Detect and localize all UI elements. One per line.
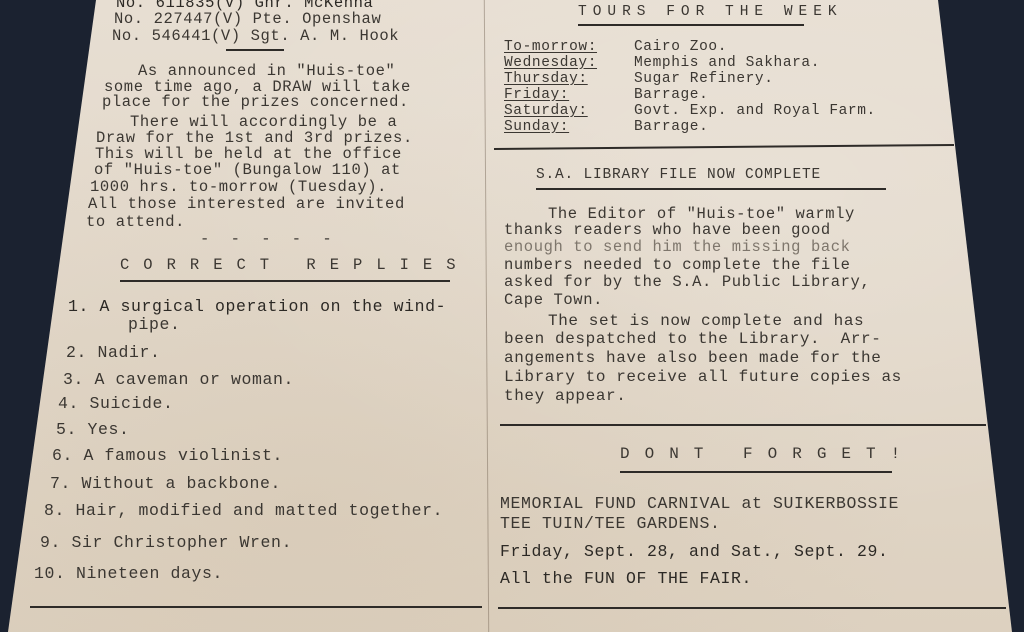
library-para-line: Cape Town. (504, 291, 603, 309)
draw-details-line: of "Huis-toe" (Bungalow 110) at (94, 161, 401, 179)
draw-details-line: to attend. (86, 213, 185, 231)
reply-item: 9. Sir Christopher Wren. (40, 533, 292, 552)
tour-place: Barrage. (634, 119, 708, 135)
carnival-line: MEMORIAL FUND CARNIVAL at SUIKERBOSSIE (500, 494, 899, 513)
tour-place: Cairo Zoo. (634, 39, 727, 55)
carnival-dates: Friday, Sept. 28, and Sat., Sept. 29. (500, 542, 889, 561)
reply-item: 4. Suicide. (58, 394, 174, 413)
roster-line: No. 546441(V) Sgt. A. M. Hook (112, 27, 399, 45)
library-para-line: asked for by the S.A. Public Library, (504, 273, 870, 291)
tour-day: Thursday: (504, 71, 588, 87)
tour-day: Friday: (504, 87, 569, 103)
reply-item: 2. Nadir. (66, 343, 161, 362)
tour-place: Memphis and Sakhara. (634, 55, 820, 71)
reply-item: 8. Hair, modified and matted together. (44, 501, 443, 520)
reply-item: 6. A famous violinist. (52, 446, 283, 465)
library-para-line: Library to receive all future copies as (504, 368, 902, 386)
replies-heading: CORRECT REPLIES (120, 256, 470, 274)
reply-item: 1. A surgical operation on the wind- (68, 297, 446, 316)
library-para-line: angements have also been made for the (504, 349, 881, 367)
library-heading: S.A. LIBRARY FILE NOW COMPLETE (536, 167, 821, 183)
reply-item-continuation: pipe. (128, 315, 181, 334)
roster-line: No. 227447(V) Pte. Openshaw (114, 10, 381, 28)
library-para-line: numbers needed to complete the file (504, 256, 851, 274)
library-heading-underline (536, 188, 886, 190)
library-para-line: The set is now complete and has (548, 312, 864, 330)
carnival-tagline: All the FUN OF THE FAIR. (500, 569, 752, 588)
dont-forget-heading: DONT FORGET! (620, 445, 915, 463)
tour-day: To-morrow: (504, 39, 597, 55)
tour-place: Barrage. (634, 87, 708, 103)
reply-item: 3. A caveman or woman. (63, 370, 294, 389)
library-bottom-rule (500, 424, 986, 426)
reply-item: 7. Without a backbone. (50, 474, 281, 493)
section-divider: - - - - - (200, 230, 338, 248)
tours-heading: TOURS FOR THE WEEK (578, 4, 843, 20)
tour-day: Sunday: (504, 119, 569, 135)
roster-divider (226, 49, 284, 51)
library-para-line: enough to send him the missing back (504, 238, 851, 256)
library-para-line: been despatched to the Library. Arr- (504, 330, 881, 348)
draw-details-line: All those interested are invited (88, 195, 405, 213)
left-bottom-rule (30, 606, 482, 608)
tour-day: Saturday: (504, 103, 588, 119)
tour-place: Govt. Exp. and Royal Farm. (634, 103, 876, 119)
reply-item: 5. Yes. (56, 420, 130, 439)
tour-day: Wednesday: (504, 55, 597, 71)
tours-heading-underline (578, 24, 804, 26)
draw-details-line: 1000 hrs. to-morrow (Tuesday). (90, 178, 387, 196)
replies-heading-underline (120, 280, 450, 282)
dont-forget-underline (620, 471, 892, 473)
tour-place: Sugar Refinery. (634, 71, 774, 87)
library-para-line: thanks readers who have been good (504, 221, 831, 239)
draw-notice-line: place for the prizes concerned. (102, 93, 409, 111)
reply-item: 10. Nineteen days. (34, 564, 223, 583)
right-bottom-rule (498, 607, 1006, 609)
library-para-line: they appear. (504, 387, 626, 405)
carnival-line: TEE TUIN/TEE GARDENS. (500, 514, 721, 533)
